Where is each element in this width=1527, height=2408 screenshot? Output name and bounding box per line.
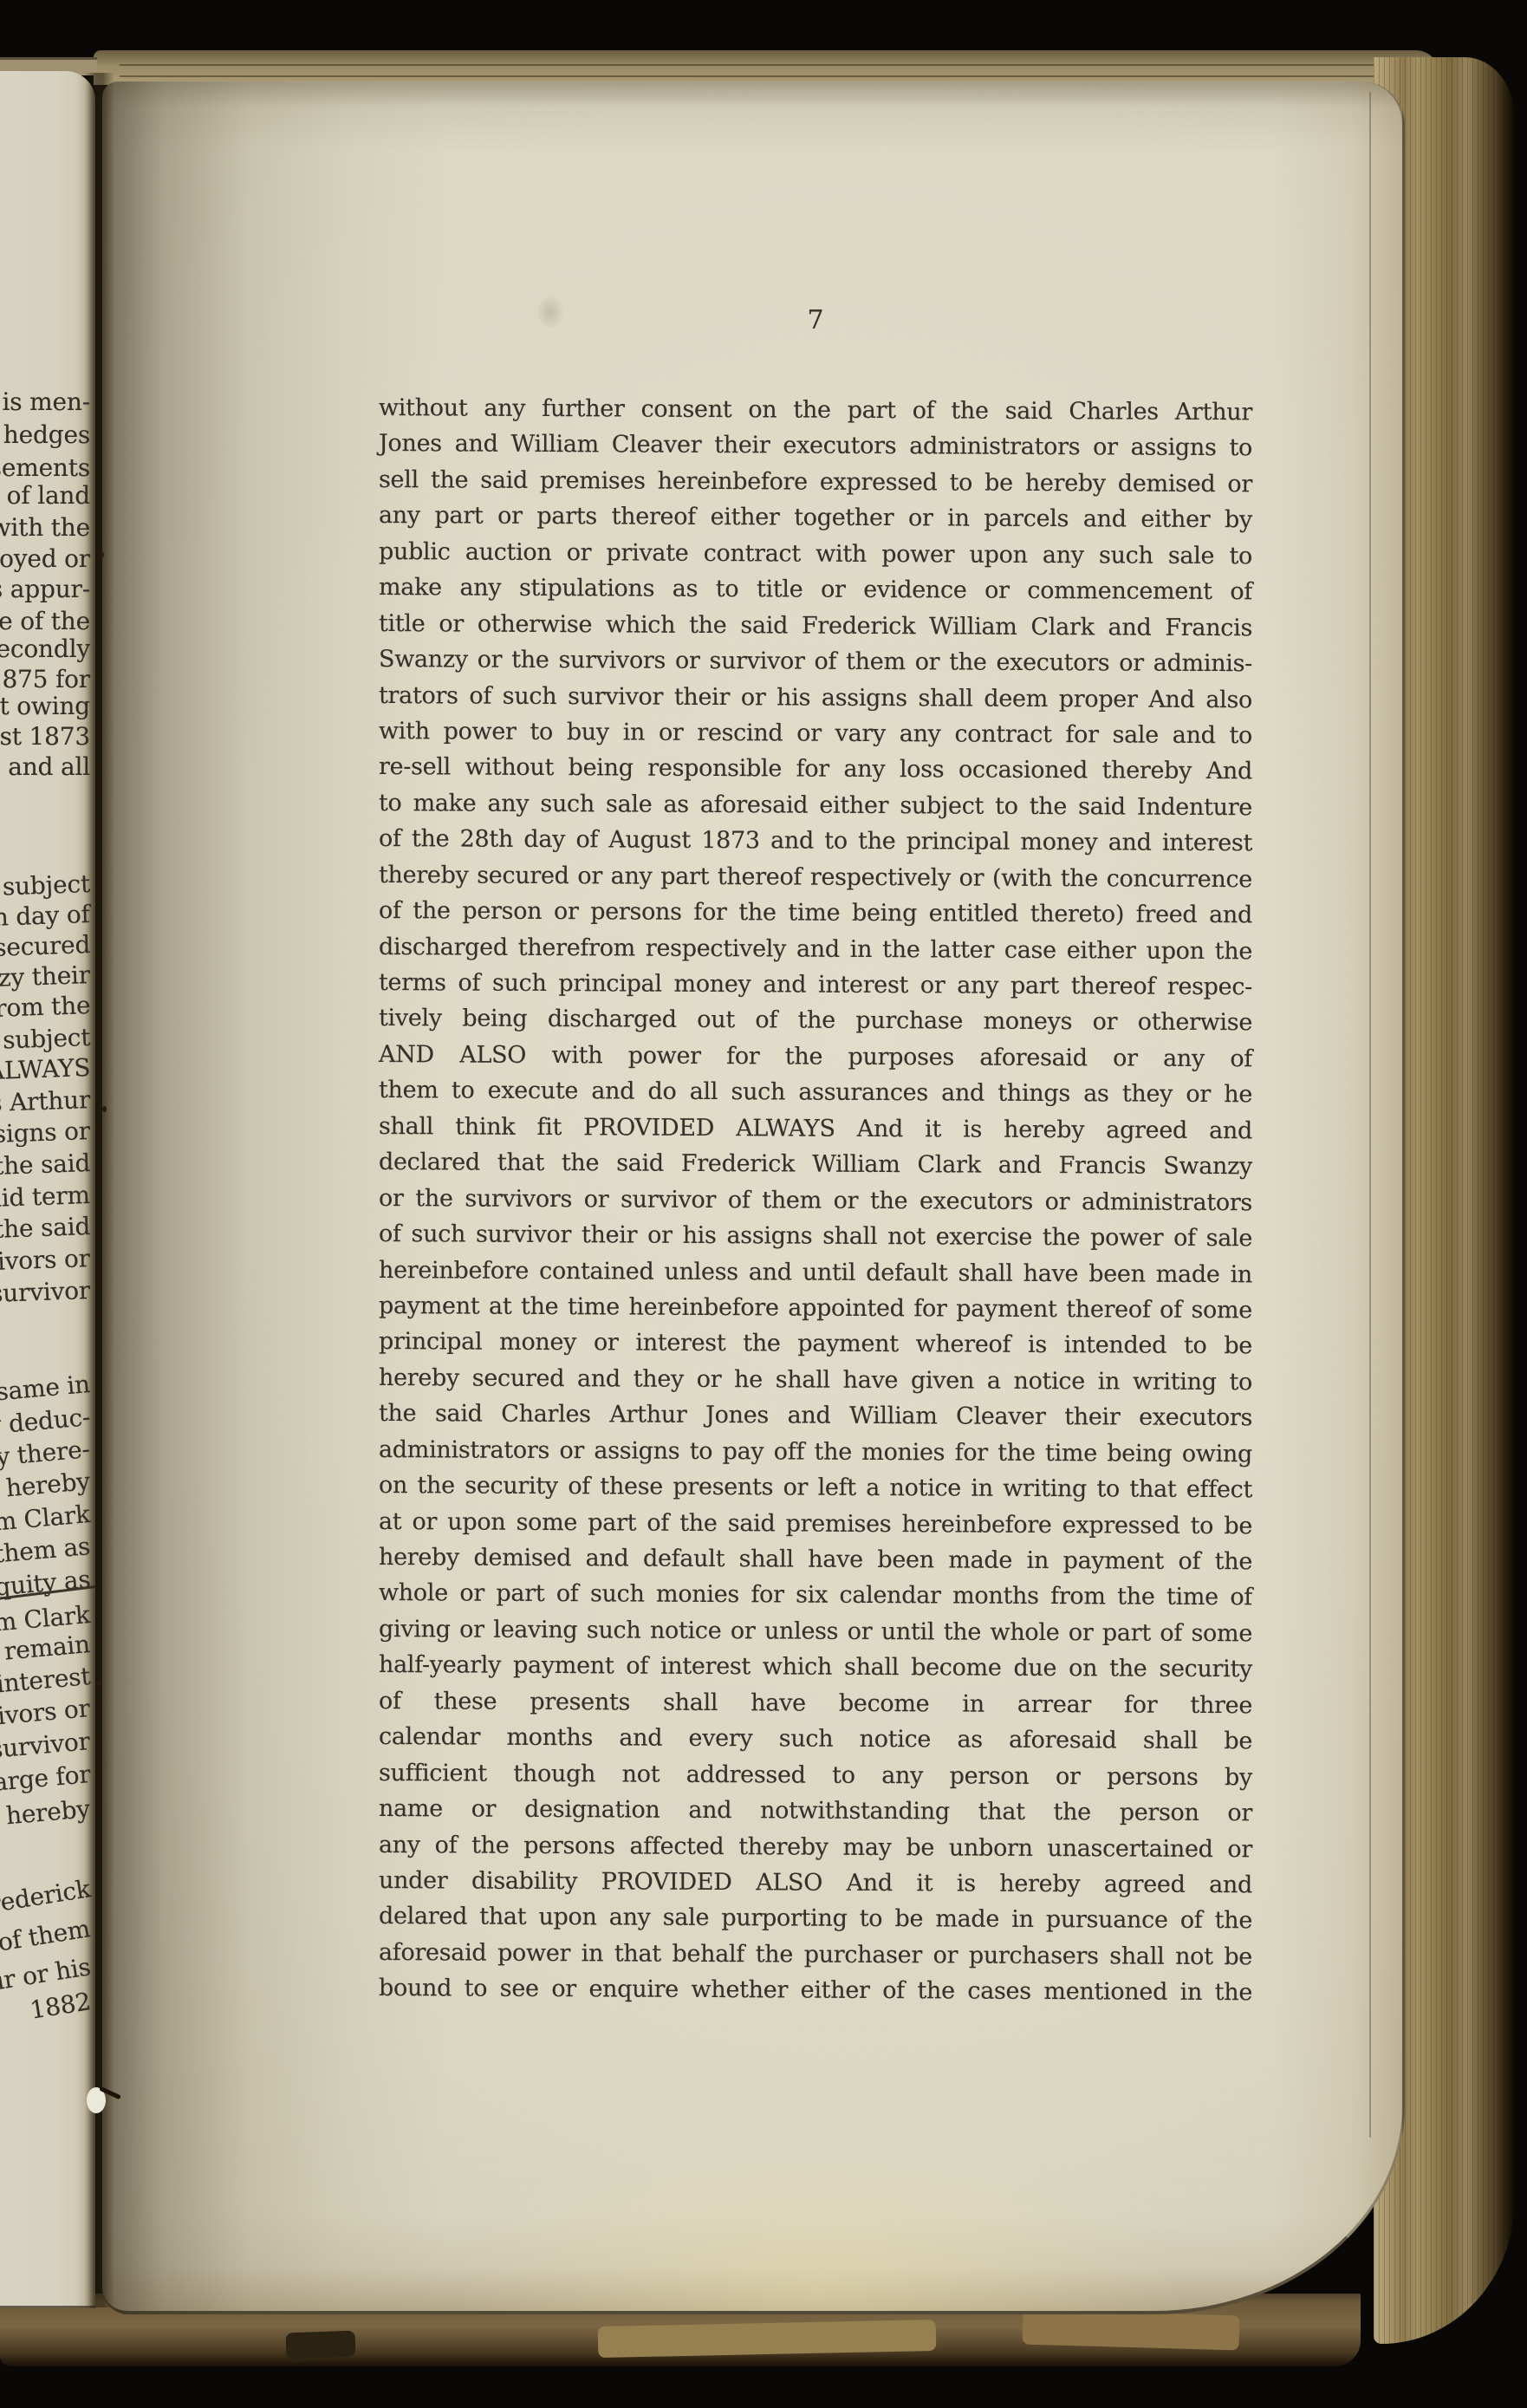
text-line: public auction or private contract with … (379, 534, 1252, 575)
left-page: is men- ns hedges easements s of land wi… (0, 71, 95, 2308)
text-line: thereby secured or any part thereof resp… (379, 857, 1252, 898)
page-edge-patch (1022, 2310, 1239, 2351)
text-line: aforesaid power in that behalf the purch… (379, 1935, 1252, 1975)
text-line: without any further consent on the part … (379, 390, 1252, 431)
left-page-fragment: harge for (0, 1760, 91, 1798)
text-line: hereby demised and default shall have be… (379, 1539, 1252, 1580)
text-line: half-yearly payment of interest which sh… (379, 1647, 1252, 1688)
text-line: of the person or persons for the time be… (379, 893, 1252, 934)
page-edge-patch (286, 2331, 356, 2359)
left-page-fragment: from the (0, 991, 91, 1023)
left-page-fragment: with the (0, 513, 90, 542)
text-line: whole or part of such monies for six cal… (379, 1575, 1252, 1616)
text-line: hereinbefore contained unless and until … (379, 1253, 1252, 1293)
left-page-fragment: easements (0, 453, 90, 482)
text-line: to make any such sale as aforesaid eithe… (379, 785, 1252, 826)
left-page-fragment: njoyed or (0, 544, 90, 573)
page-number: 7 (379, 305, 1252, 335)
page-crease-line (1369, 92, 1371, 2138)
text-line: any part or parts thereof either togethe… (379, 498, 1252, 538)
left-page-fragment: them as (0, 1532, 91, 1569)
text-line: payment at the time hereinbefore appoint… (379, 1288, 1252, 1329)
left-page-fragment: ns hedges (0, 420, 90, 449)
gutter-shadow (85, 73, 114, 2307)
text-line: them to execute and do all such assuranc… (379, 1072, 1252, 1113)
left-page-fragment: te subject (0, 1023, 91, 1056)
page-edge-patch (598, 2320, 937, 2358)
text-line: Jones and William Cleaver their executor… (379, 426, 1252, 466)
left-page-fragment: 1882 (28, 1987, 93, 2025)
text-line: AND ALSO with power for the purposes afo… (379, 1037, 1252, 1077)
left-page-fragment: e same in (0, 1370, 91, 1409)
left-page-fragment: Frederick (0, 1874, 93, 1921)
left-page-fragment: by secured (0, 930, 91, 963)
text-line: title or otherwise which the said Freder… (379, 606, 1252, 647)
text-line: principal money or interest the payment … (379, 1324, 1252, 1364)
text-line: at or upon some part of the said premise… (379, 1504, 1252, 1545)
text-line: trators of such survivor their or his as… (379, 678, 1252, 719)
left-page-fragment: ge of the (0, 607, 90, 635)
text-line: the said Charles Arthur Jones and Willia… (379, 1396, 1252, 1436)
text-line: or the survivors or survivor of them or … (379, 1181, 1252, 1221)
main-page: 7 without any further consent on the par… (102, 81, 1405, 2314)
book-photo: { "document": { "page_number": "7", "pap… (0, 0, 1527, 2408)
left-page-fragment: rvivors or (0, 1244, 91, 1277)
left-page-fragment: gust 1873 (0, 722, 90, 751)
wormhole-mark (102, 1106, 107, 1112)
left-page-fragment: les Arthur (0, 1085, 91, 1118)
left-page-fragment: e secondly (0, 635, 90, 663)
left-page-fragment: as appur- (0, 575, 90, 603)
left-page-fragment: nzy their (0, 960, 91, 992)
text-line: terms of such principal money and intere… (379, 965, 1252, 1006)
left-page-fragment: assigns or (0, 1116, 91, 1149)
text-line: calendar months and every such notice as… (379, 1719, 1252, 1760)
text-line: under disability PROVIDED ALSO And it is… (379, 1863, 1252, 1904)
left-page-fragment: survivor (0, 1276, 91, 1308)
page-edge-hairline (120, 75, 1421, 77)
text-line: delared that upon any sale purporting to… (379, 1898, 1252, 1939)
text-line: name or designation and notwithstanding … (379, 1791, 1252, 1832)
page-edge-hairline (120, 64, 1421, 66)
text-line: on the security of these presents or lef… (379, 1468, 1252, 1508)
paper-showthrough-mark (536, 295, 565, 329)
left-page-fragment: is hereby (0, 1467, 91, 1505)
body-text: without any further consent on the part … (379, 390, 1252, 2011)
wormhole-mark (99, 551, 104, 558)
left-page-fragment: ALWAYS (0, 1053, 91, 1085)
text-line: any of the persons affected thereby may … (379, 1827, 1252, 1868)
left-page-fragment: 1875 for (0, 665, 90, 693)
left-page-fragment: said term (0, 1181, 91, 1214)
text-line: discharged therefrom respectively and in… (379, 929, 1252, 970)
left-page-fragment: s of land (0, 481, 90, 510)
text-line: administrators or assigns to pay off the… (379, 1432, 1252, 1473)
text-line: tively being discharged out of the purch… (379, 1000, 1252, 1041)
text-line: declared that the said Frederick William… (379, 1144, 1252, 1185)
left-page-fragment: the said (0, 1212, 91, 1244)
text-line: re-sell without being responsible for an… (379, 749, 1252, 790)
text-line: of these presents shall have become in a… (379, 1683, 1252, 1724)
left-page-fragment: ts and all (0, 752, 90, 781)
left-page-fragment: the said (0, 1149, 91, 1181)
wormhole-mark (97, 1680, 102, 1687)
text-line: bound to see or enquire whether either o… (379, 1970, 1252, 2011)
left-page-fragment: rest owing (0, 692, 90, 720)
left-page-fragment: is men- (3, 387, 90, 416)
text-line: of the 28th day of August 1873 and to th… (379, 821, 1252, 862)
text-line: hereby secured and they or he shall have… (379, 1360, 1252, 1401)
left-page-fragment: n equity as (0, 1565, 91, 1604)
text-line: shall think fit PROVIDED ALWAYS And it i… (379, 1109, 1252, 1149)
page-top-edges (94, 50, 1439, 85)
text-line: make any stipulations as to title or evi… (379, 569, 1252, 610)
text-line: Swanzy or the survivors or survivor of t… (379, 641, 1252, 682)
left-page-fragment: is hereby (0, 1794, 91, 1832)
left-page-fragment: ed subject (0, 869, 91, 902)
text-line: with power to buy in or rescind or vary … (379, 713, 1252, 754)
left-page-fragment: 8th day of (0, 900, 91, 933)
text-line: sell the said premises hereinbefore expr… (379, 462, 1252, 503)
text-line: giving or leaving such notice or unless … (379, 1611, 1252, 1652)
text-line: of such survivor their or his assigns sh… (379, 1216, 1252, 1257)
text-line: sufficient though not addressed to any p… (379, 1755, 1252, 1796)
